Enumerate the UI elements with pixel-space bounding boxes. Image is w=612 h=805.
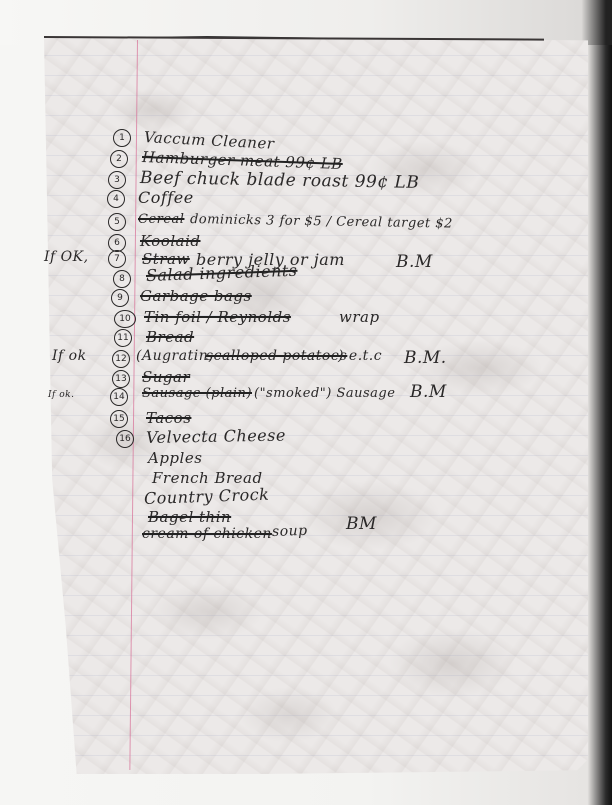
list-item-soup: soup	[272, 523, 308, 540]
item-number-2: 2	[110, 150, 128, 168]
list-item-bagel-thin: Bagel thin	[148, 508, 231, 526]
list-item-garbage-bags: Garbage bags	[140, 287, 252, 305]
item-number-10: 10	[114, 310, 136, 328]
list-item-cream-of-chicken: cream of chicken	[142, 526, 272, 542]
annotation-bm-14: B.M	[410, 382, 447, 402]
crumpled-paper-sheet	[44, 36, 588, 774]
list-item-koolaid: Koolaid	[140, 232, 201, 250]
side-note-if-ok-14: If ok.	[48, 390, 74, 400]
side-note-if-ok-12: If ok	[52, 348, 87, 364]
list-item-french-bread: French Bread	[152, 469, 263, 487]
item-number-4: 4	[107, 190, 125, 208]
list-item-sausage-plain: Sausage (plain)	[142, 386, 252, 401]
annotation-bm-12: B.M.	[404, 348, 447, 368]
annotation-bm: B.M	[396, 252, 433, 272]
item-number-8: 8	[113, 270, 131, 288]
item-number-3: 3	[108, 171, 126, 189]
list-item-tacos: Tacos	[146, 409, 191, 427]
list-item-tin-foil: Tin foil / Reynolds	[144, 308, 291, 326]
list-item-cereal-struck: Cereal	[138, 212, 184, 227]
list-item-coffee: Coffee	[138, 188, 194, 207]
item-number-5: 5	[108, 213, 126, 231]
list-item-velveeta-cheese: Velvecta Cheese	[146, 426, 286, 447]
list-item-apples: Apples	[148, 449, 202, 467]
item-number-9: 9	[111, 289, 129, 307]
annotation-bm-soup: BM	[346, 514, 377, 534]
item-number-11: 11	[114, 329, 132, 347]
item-number-1: 1	[113, 129, 131, 147]
item-number-14: 14	[110, 388, 128, 406]
list-item-scalloped-potatoes: scalloped potatoes	[206, 348, 347, 364]
list-item-augratin: (Augratin,	[136, 348, 213, 364]
list-item-smoked-sausage: ("smoked") Sausage	[254, 386, 395, 401]
item-number-13: 13	[112, 370, 130, 388]
item-number-16: 16	[116, 430, 134, 448]
list-item-etc: ) e.t.c	[338, 348, 382, 364]
list-item-bread: Bread	[146, 328, 194, 346]
side-note-if-ok: If OK,	[44, 249, 89, 265]
item-number-7: 7	[108, 250, 126, 268]
item-number-12: 12	[112, 350, 130, 368]
list-item-wrap: wrap	[339, 308, 380, 326]
list-item-sugar: Sugar	[142, 368, 190, 386]
item-number-15: 15	[110, 410, 128, 428]
